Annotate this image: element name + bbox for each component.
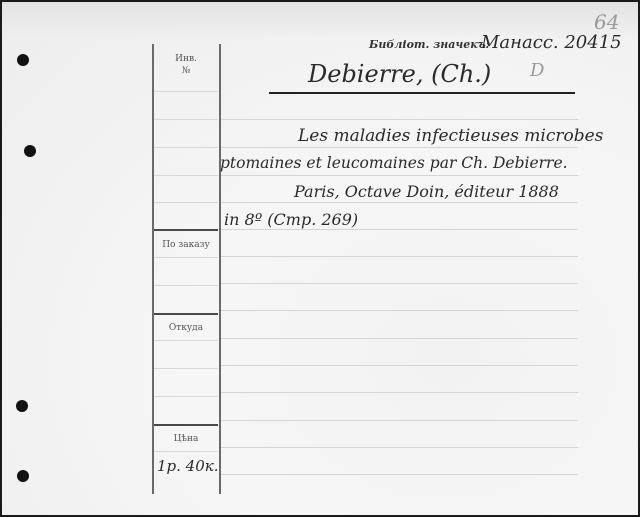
ruled-line	[221, 283, 578, 284]
by-order-label: По заказу	[155, 240, 217, 250]
punch-hole	[16, 400, 28, 412]
price-value: 1р. 40к.	[157, 457, 219, 475]
section-divider	[154, 424, 218, 426]
ruled-line	[221, 392, 578, 393]
column-rule	[154, 175, 218, 176]
column-rule	[154, 396, 218, 397]
column-rule	[154, 368, 218, 369]
imprint-line: Paris, Octave Doin, éditeur 1888	[294, 182, 559, 201]
left-column-border	[152, 44, 154, 494]
column-rule	[154, 451, 218, 452]
ruled-line	[221, 119, 578, 120]
left-column-border	[219, 44, 221, 494]
column-rule	[154, 202, 218, 203]
pencil-letter: D	[530, 60, 544, 81]
author-underline	[269, 92, 575, 94]
punch-hole	[17, 54, 29, 66]
pencil-number: 64	[594, 10, 619, 34]
ruled-line	[221, 256, 578, 257]
format-line: in 8º (Стр. 269)	[224, 210, 358, 229]
punch-hole	[17, 470, 29, 482]
ruled-line	[221, 202, 578, 203]
title-line-2: ptomaines et leucomaines par Ch. Debierr…	[220, 154, 568, 172]
from-where-label: Откуда	[155, 323, 217, 333]
library-mark-label: Библіот. значекъ:	[369, 38, 490, 51]
section-divider	[154, 313, 218, 315]
catalog-card: Инв. № По заказу Откуда Цѣна 1р. 40к. Би…	[2, 2, 638, 515]
column-rule	[154, 285, 218, 286]
column-rule	[154, 257, 218, 258]
price-label: Цѣна	[155, 434, 217, 444]
column-rule	[154, 147, 218, 148]
punch-hole	[24, 145, 36, 157]
column-rule	[154, 119, 218, 120]
column-rule	[154, 340, 218, 341]
section-divider	[154, 229, 218, 231]
ruled-line	[221, 175, 578, 176]
column-rule	[154, 91, 218, 92]
ruled-line	[221, 447, 578, 448]
ruled-line	[221, 229, 578, 230]
library-mark-value: Манасс. 20415	[481, 32, 622, 53]
ruled-line	[221, 310, 578, 311]
inventory-number-sign: №	[155, 66, 217, 76]
ruled-line	[221, 147, 578, 148]
author-name: Debierre, (Ch.)	[308, 60, 491, 88]
ruled-line	[221, 420, 578, 421]
ruled-line	[221, 365, 578, 366]
ruled-line	[221, 474, 578, 475]
ruled-line	[221, 338, 578, 339]
title-line-1: Les maladies infectieuses microbes	[298, 126, 603, 146]
inventory-label: Инв.	[155, 54, 217, 64]
